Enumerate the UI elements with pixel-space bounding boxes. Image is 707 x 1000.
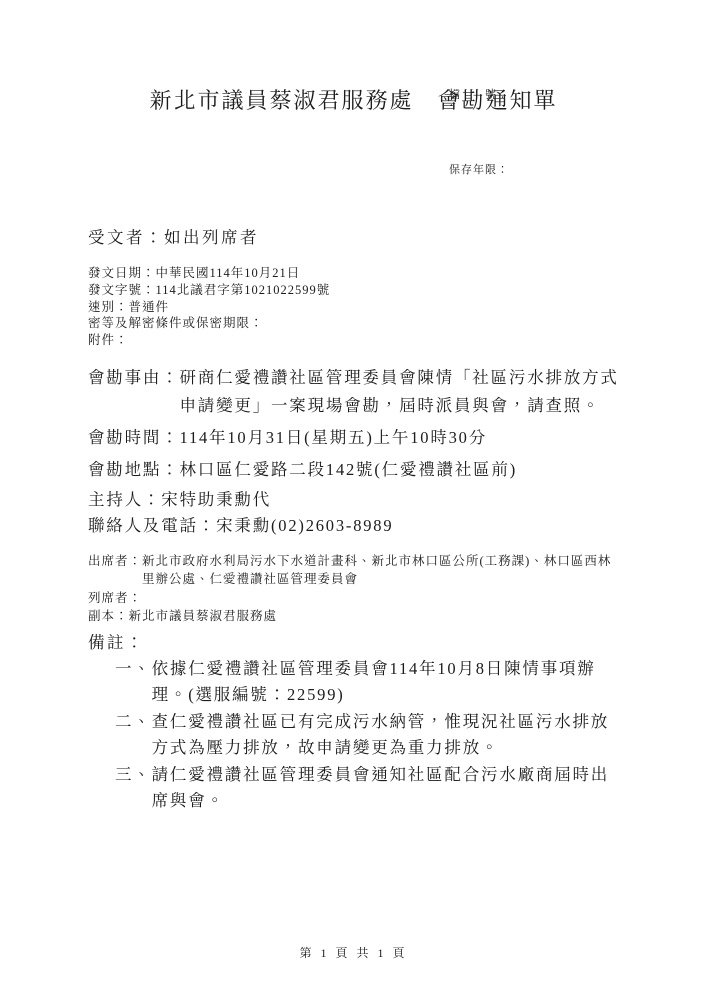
attachment-label: 附件： (88, 333, 129, 347)
security-class-label: 密等及解密條件或保密期限： (88, 316, 264, 330)
contact-person-value: 宋秉勳(02)2603-8989 (216, 514, 620, 538)
speed-class-value: 普通件 (129, 300, 170, 314)
note-item-1: 一、 依據仁愛禮讚社區管理委員會114年10月8日陳情事項辦理。(選服編號：22… (88, 656, 620, 709)
attachment-row: 附件： (88, 332, 620, 349)
observers-row: 列席者： (88, 589, 620, 608)
page-number-footer: 第 1 頁 共 1 頁 (0, 944, 707, 961)
inspection-subject-row: 會勘事由： 研商仁愛禮讚社區管理委員會陳情「社區污水排放方式申請變更」一案現場會… (88, 364, 620, 420)
attendees-value: 新北市政府水利局污水下水道計畫科、新北市林口區公所(工務課)、林口區西林里辦公處… (142, 552, 620, 589)
note-item-3-number: 三、 (115, 762, 152, 815)
attendees-row: 出席者： 新北市政府水利局污水下水道計畫科、新北市林口區公所(工務課)、林口區西… (88, 552, 620, 589)
inspection-location-label: 會勘地點： (88, 456, 180, 484)
recipient-row: 受文者：如出列席者 (88, 227, 620, 249)
note-item-3: 三、 請仁愛禮讚社區管理委員會通知社區配合污水廠商屆時出席與會。 (88, 762, 620, 815)
speed-class-label: 速別： (88, 300, 129, 314)
observers-label: 列席者： (88, 589, 142, 608)
chairperson-row: 主持人： 宋特助秉勳代 (88, 488, 620, 512)
issue-date-value: 中華民國114年10月21日 (156, 266, 301, 280)
note-item-2-number: 二、 (115, 709, 152, 762)
contact-person-label: 聯絡人及電話： (88, 514, 216, 538)
retention-period-label: 保存年限： (449, 158, 509, 183)
file-number-block: 檔 號： 保存年限： (449, 33, 509, 233)
body-block: 會勘事由： 研商仁愛禮讚社區管理委員會陳情「社區污水排放方式申請變更」一案現場會… (88, 364, 620, 538)
attendees-label: 出席者： (88, 552, 142, 589)
chairperson-value: 宋特助秉勳代 (161, 488, 620, 512)
document-content: 受文者：如出列席者 發文日期：中華民國114年10月21日 發文字號：114北議… (88, 227, 620, 815)
copy-to-row: 副本： 新北市議員蔡淑君服務處 (88, 607, 620, 626)
inspection-time-row: 會勘時間： 114年10月31日(星期五)上午10時30分 (88, 424, 620, 452)
inspection-subject-value: 研商仁愛禮讚社區管理委員會陳情「社區污水排放方式申請變更」一案現場會勘，屆時派員… (180, 364, 621, 420)
note-item-1-text: 依據仁愛禮讚社區管理委員會114年10月8日陳情事項辦理。(選服編號：22599… (152, 656, 620, 709)
observers-value (142, 589, 620, 608)
inspection-time-value: 114年10月31日(星期五)上午10時30分 (180, 424, 621, 452)
inspection-time-label: 會勘時間： (88, 424, 180, 452)
doc-number-value: 114北議君字第1021022599號 (156, 283, 331, 297)
copy-to-label: 副本： (88, 607, 129, 626)
document-title: 新北市議員蔡淑君服務處 會勘通知單 (0, 0, 707, 115)
attendees-block: 出席者： 新北市政府水利局污水下水道計畫科、新北市林口區公所(工務課)、林口區西… (88, 552, 620, 626)
speed-class-row: 速別：普通件 (88, 299, 620, 316)
meta-block: 發文日期：中華民國114年10月21日 發文字號：114北議君字第1021022… (88, 265, 620, 349)
note-item-2: 二、 查仁愛禮讚社區已有完成污水納管，惟現況社區污水排放方式為壓力排放，故申請變… (88, 709, 620, 762)
issue-date-label: 發文日期： (88, 266, 156, 280)
inspection-location-value: 林口區仁愛路二段142號(仁愛禮讚社區前) (180, 456, 621, 484)
copy-to-value: 新北市議員蔡淑君服務處 (129, 607, 620, 626)
note-item-2-text: 查仁愛禮讚社區已有完成污水納管，惟現況社區污水排放方式為壓力排放，故申請變更為重… (152, 709, 620, 762)
note-item-1-number: 一、 (115, 656, 152, 709)
inspection-location-row: 會勘地點： 林口區仁愛路二段142號(仁愛禮讚社區前) (88, 456, 620, 484)
chairperson-label: 主持人： (88, 488, 161, 512)
notes-list: 一、 依據仁愛禮讚社區管理委員會114年10月8日陳情事項辦理。(選服編號：22… (88, 656, 620, 815)
recipient-label: 受文者： (88, 228, 164, 247)
issue-date-row: 發文日期：中華民國114年10月21日 (88, 265, 620, 282)
notes-label: 備註： (88, 630, 620, 656)
document-page: 檔 號： 保存年限： 新北市議員蔡淑君服務處 會勘通知單 受文者：如出列席者 發… (0, 0, 707, 1000)
file-number-label: 檔 號： (449, 83, 509, 108)
doc-number-row: 發文字號：114北議君字第1021022599號 (88, 282, 620, 299)
recipient-value: 如出列席者 (164, 228, 259, 247)
security-class-row: 密等及解密條件或保密期限： (88, 315, 620, 332)
inspection-subject-label: 會勘事由： (88, 364, 180, 420)
note-item-3-text: 請仁愛禮讚社區管理委員會通知社區配合污水廠商屆時出席與會。 (152, 762, 620, 815)
doc-number-label: 發文字號： (88, 283, 156, 297)
contact-person-row: 聯絡人及電話： 宋秉勳(02)2603-8989 (88, 514, 620, 538)
